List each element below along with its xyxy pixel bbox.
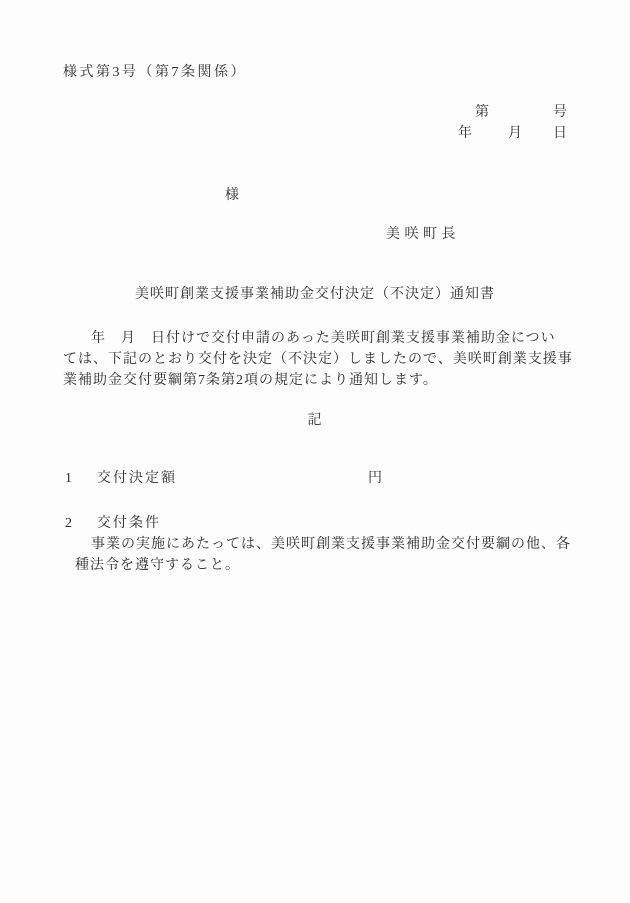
item-1-unit-label: 円 <box>368 471 382 488</box>
document-page: 様式第3号（第7条関係） 第 号 年 月 日 様 美咲町長 美咲町創業支援事業補… <box>0 0 630 903</box>
item-2-condition-line: 種法令を遵守すること。 <box>75 558 240 575</box>
sender-title: 美咲町長 <box>386 227 460 244</box>
date-day-label: 日 <box>553 126 568 143</box>
body-line: ては、下記のとおり交付を決定（不決定）しましたので、美咲町創業支援事 <box>63 352 573 369</box>
form-number: 様式第3号（第7条関係） <box>63 65 247 82</box>
item-2-number: 2 <box>65 516 72 533</box>
record-marker: 記 <box>0 413 630 430</box>
date-year-label: 年 <box>458 126 473 143</box>
addressee-honorific: 様 <box>225 188 240 205</box>
item-1-label: 交付決定額 <box>97 471 177 488</box>
item-2-condition-line: 事業の実施にあたっては、美咲町創業支援事業補助金交付要綱の他、各 <box>91 537 571 554</box>
doc-number-suffix: 号 <box>553 105 568 122</box>
date-month-label: 月 <box>508 126 523 143</box>
item-2-label: 交付条件 <box>97 516 161 533</box>
body-line: 業補助金交付要綱第7条第2項の規定により通知します。 <box>63 373 438 390</box>
document-title: 美咲町創業支援事業補助金交付決定（不決定）通知書 <box>0 287 630 304</box>
item-1-number: 1 <box>65 471 72 488</box>
body-line: 年 月 日付けで交付申請のあった美咲町創業支援事業補助金につい <box>91 331 556 348</box>
doc-number-prefix: 第 <box>475 105 490 122</box>
